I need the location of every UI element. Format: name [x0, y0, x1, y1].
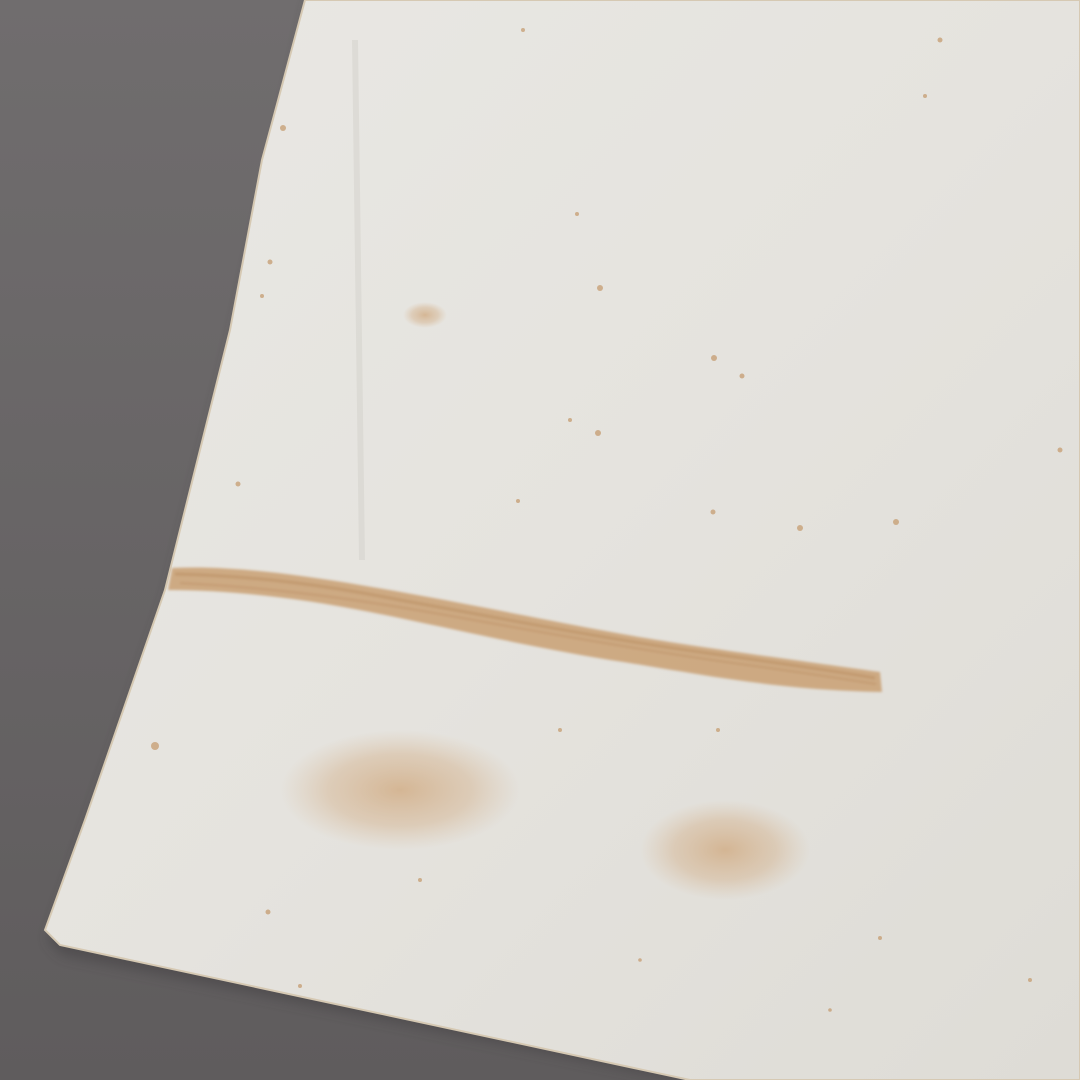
photo-scene — [0, 0, 1080, 1080]
foxing-cluster — [640, 800, 810, 900]
foxing-cluster — [280, 730, 520, 850]
foxing-cluster — [403, 302, 447, 328]
paper-photo — [0, 0, 1080, 1080]
